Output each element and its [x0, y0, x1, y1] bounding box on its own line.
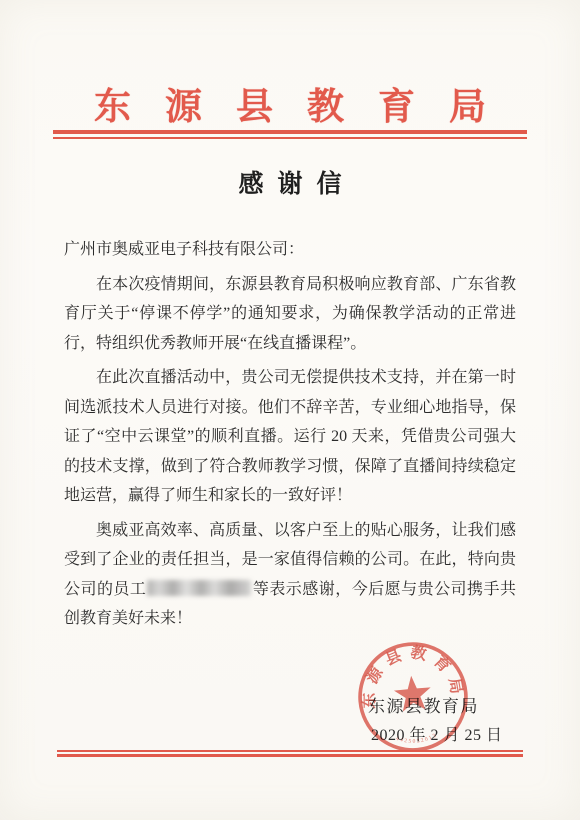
- paragraph-2: 在此次直播活动中，贵公司无偿提供技术支持，并在第一时间选派技术人员进行对接。他们…: [64, 363, 516, 511]
- letterhead-double-rule: [53, 130, 527, 139]
- seal-star-icon: [393, 674, 433, 712]
- paragraph-3: 奥威亚高效率、高质量、以客户至上的贴心服务，让我们感受到了企业的责任担当，是一家…: [64, 516, 516, 634]
- scanned-letter-page: 东源县教育局 感谢信 广州市奥威亚电子科技有限公司： 在本次疫情期间，东源县教育…: [0, 0, 580, 820]
- letter-body: 广州市奥威亚电子科技有限公司： 在本次疫情期间，东源县教育局积极响应教育部、广东…: [64, 235, 516, 639]
- redacted-employee-names: [147, 580, 251, 596]
- letterhead-org-title: 东源县教育局: [0, 76, 580, 130]
- footer-double-rule: [57, 750, 523, 757]
- paragraph-1: 在本次疫情期间，东源县教育局积极响应教育部、广东省教育厅关于“停课不停学”的通知…: [64, 270, 516, 359]
- official-seal-stamp-icon: 东源县教育局 4425032013: [350, 634, 476, 760]
- salutation: 广州市奥威亚电子科技有限公司：: [64, 235, 516, 265]
- letter-title: 感谢信: [0, 164, 580, 200]
